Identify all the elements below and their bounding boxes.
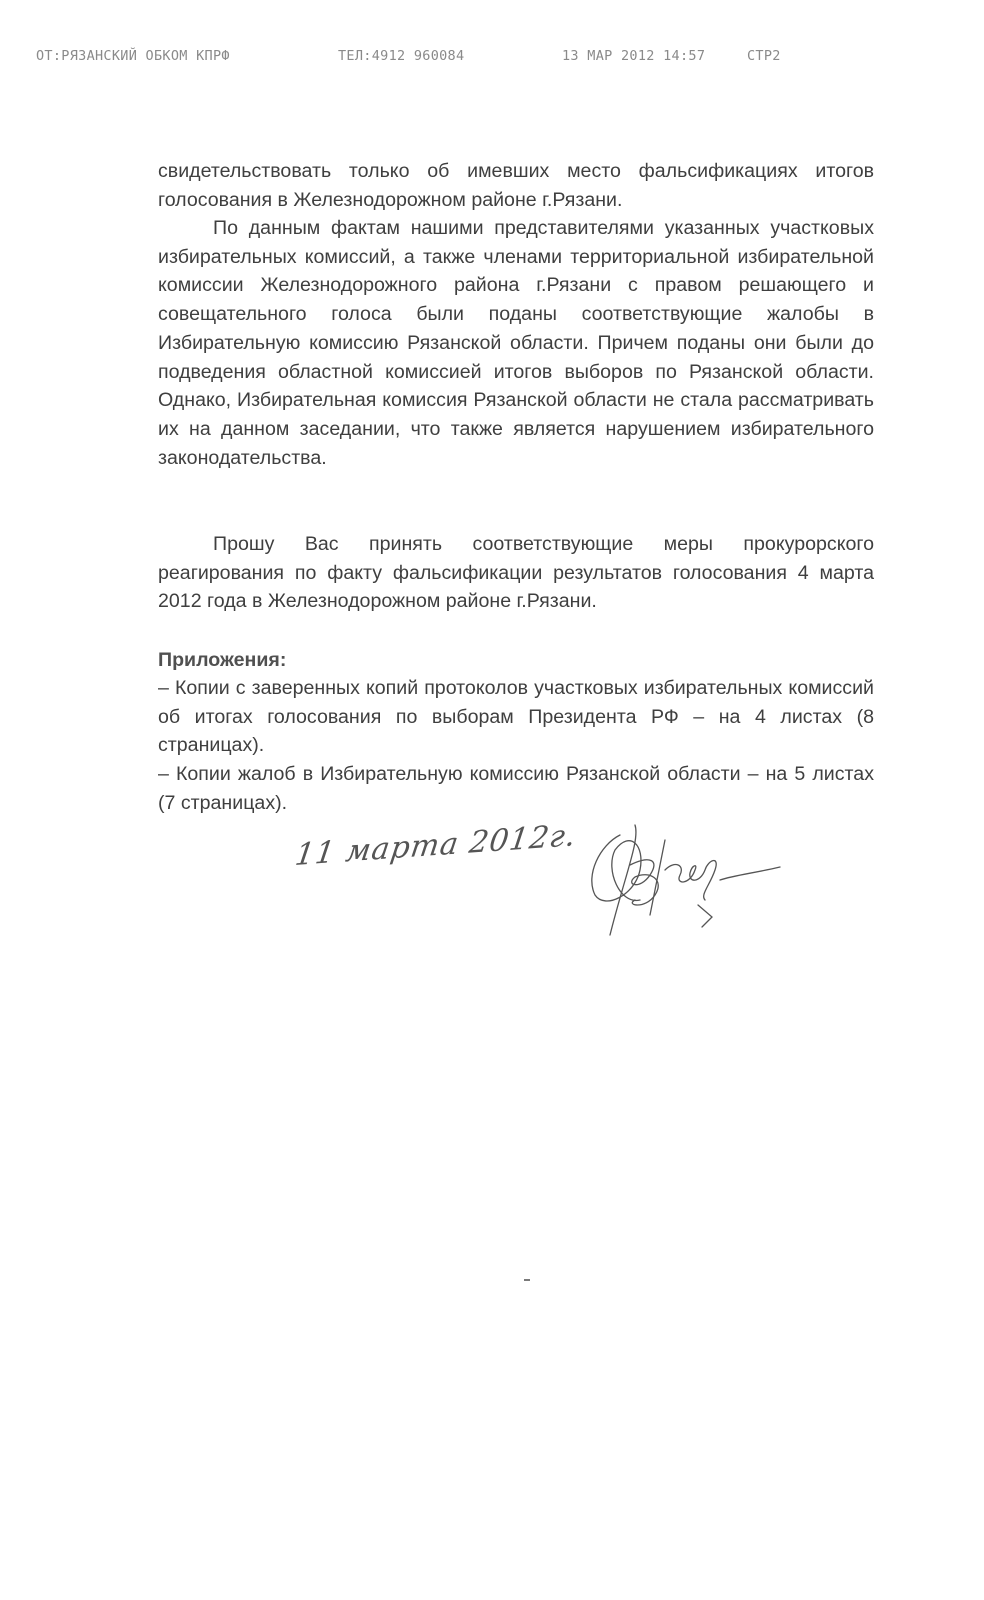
paragraph-complaints: По данным фактам нашими представителями … [158,214,874,472]
fax-datetime: 13 МАР 2012 14:57 [562,48,705,64]
fax-phone: ТЕЛ:4912 960084 [338,48,464,64]
attachments-heading: Приложения: [158,646,874,675]
paragraph-text: По данным фактам нашими представителями … [158,214,874,472]
signature-icon [580,815,790,945]
attachment-item: – Копии с заверенных копий протоколов уч… [158,674,874,760]
fax-page-number: СТР2 [747,48,781,64]
paragraph-continuation: свидетельствовать только об имевших мест… [158,157,874,214]
attachments-list: – Копии с заверенных копий протоколов уч… [158,674,874,818]
paragraph-text: Прошу Вас принять соответствующие меры п… [158,530,874,616]
paragraph-text: свидетельствовать только об имевших мест… [158,157,874,214]
fax-header: ОТ:РЯЗАНСКИЙ ОБКОМ КПРФ ТЕЛ:4912 960084 … [0,48,984,68]
attachment-item: – Копии жалоб в Избирательную комиссию Р… [158,760,874,817]
scan-artifact [524,1279,530,1281]
handwritten-date: 11 марта 2012г. [293,818,579,873]
fax-sender: ОТ:РЯЗАНСКИЙ ОБКОМ КПРФ [36,48,230,64]
paragraph-request: Прошу Вас принять соответствующие меры п… [158,530,874,616]
